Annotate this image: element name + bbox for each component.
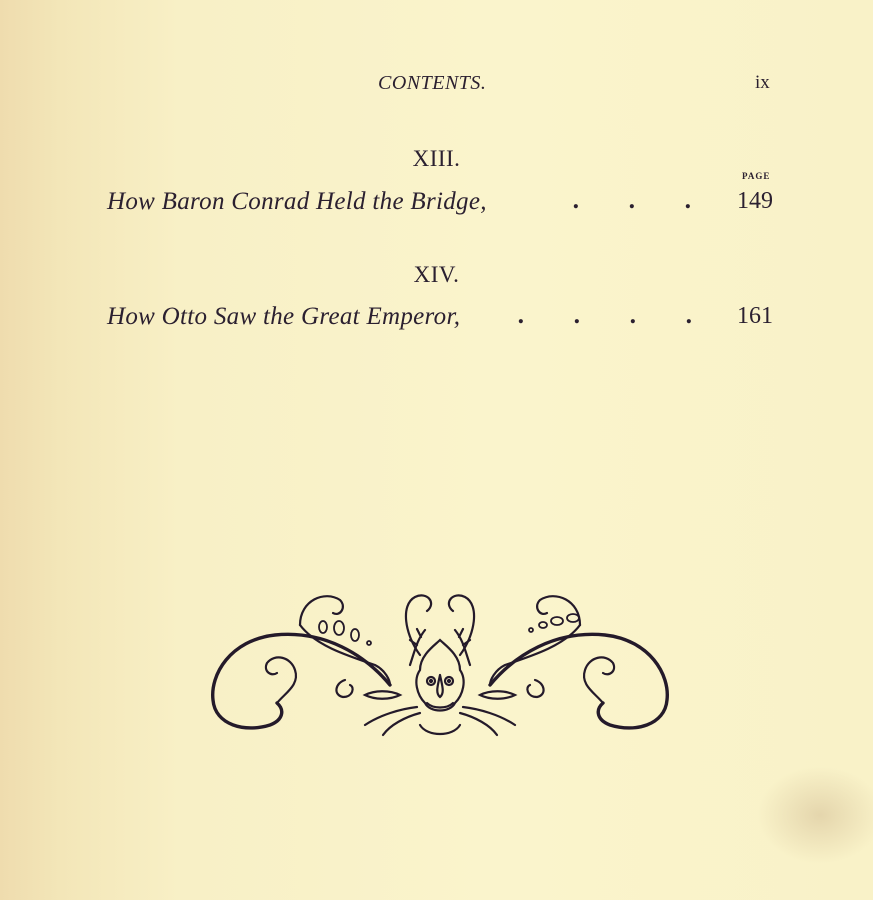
toc-entry-title[interactable]: How Otto Saw the Great Emperor, <box>107 303 460 331</box>
page-number-folio: ix <box>755 72 770 94</box>
toc-entry-title[interactable]: How Baron Conrad Held the Bridge, <box>107 188 487 216</box>
toc-entry-page[interactable]: 149 <box>737 188 773 215</box>
page-column-label: PAGE <box>742 171 770 181</box>
book-page: CONTENTS. ix XIII. PAGE How Baron Conrad… <box>0 0 873 900</box>
toc-entry-page[interactable]: 161 <box>737 303 773 330</box>
toc-entry[interactable]: How Otto Saw the Great Emperor, . . . . … <box>107 303 777 333</box>
chapter-number: XIV. <box>0 262 873 288</box>
running-head: CONTENTS. <box>378 72 486 95</box>
toc-entry[interactable]: How Baron Conrad Held the Bridge, . . . … <box>107 188 777 218</box>
chapter-number: XIII. <box>0 146 873 172</box>
grotesque-mask-scroll-ornament-icon <box>205 585 675 750</box>
